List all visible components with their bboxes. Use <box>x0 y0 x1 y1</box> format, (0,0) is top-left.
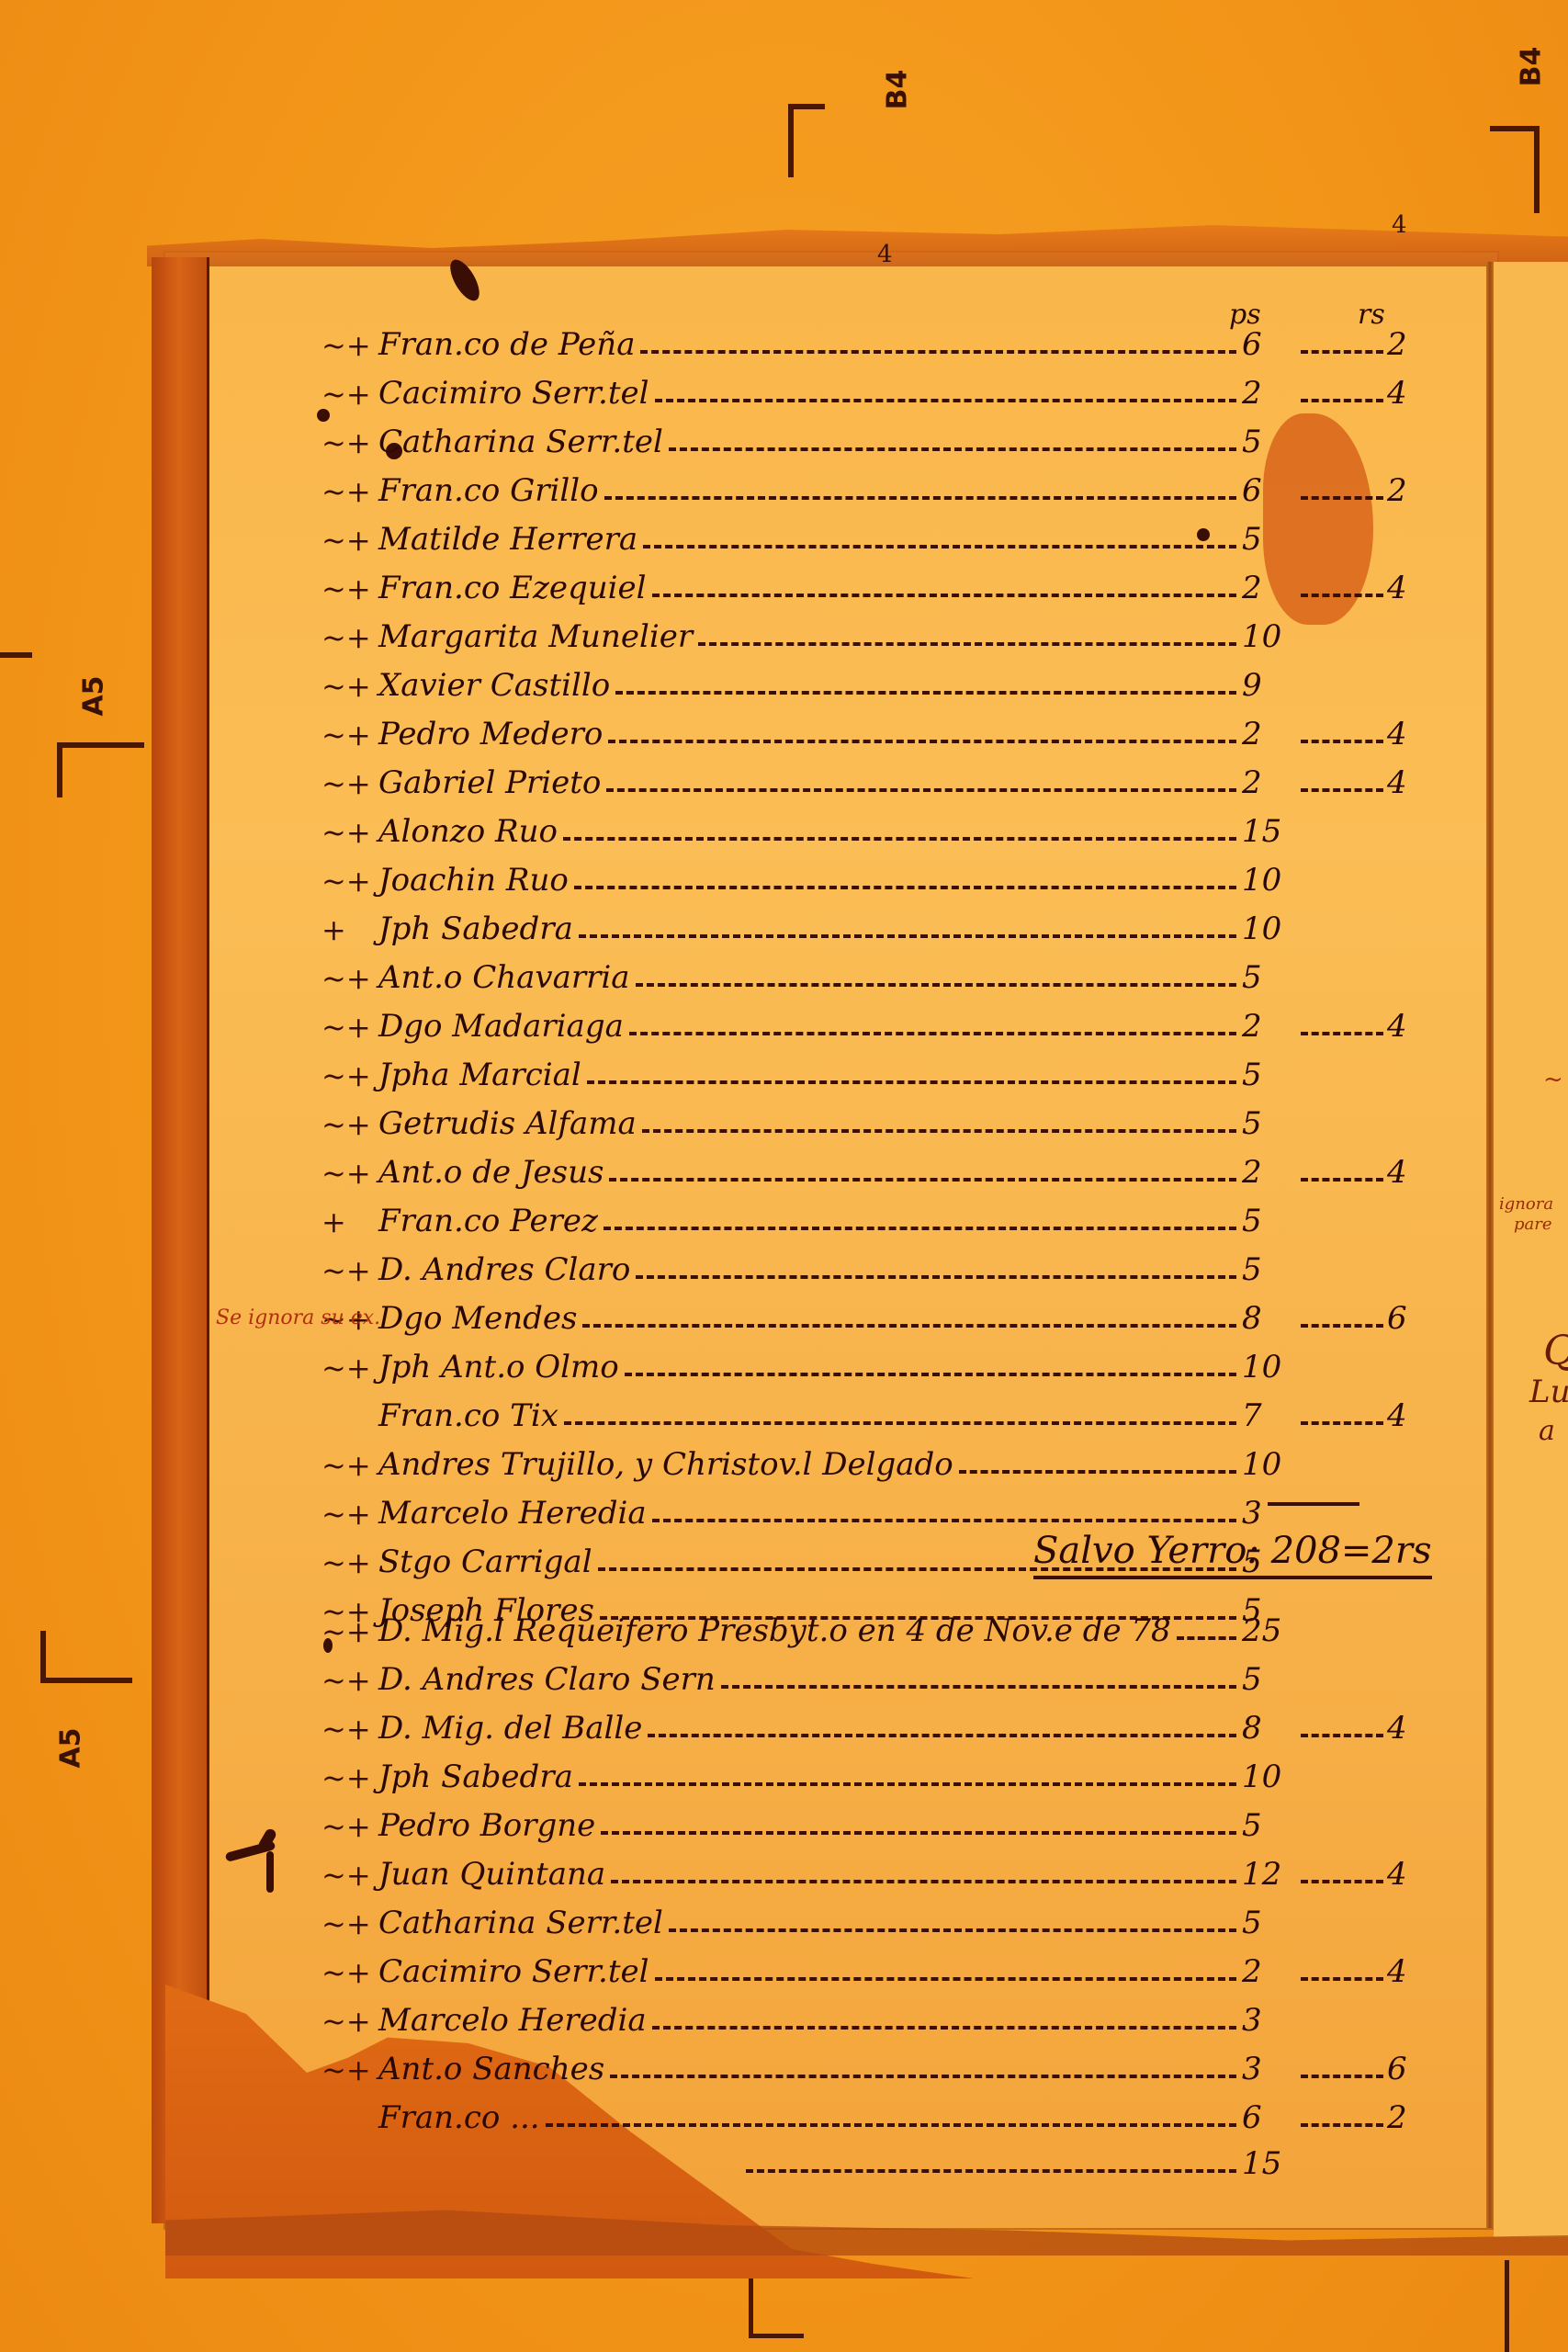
total-value: 208=2rs <box>1271 1530 1432 1572</box>
ledger-row: ~+Matilde Herrera5 <box>321 512 1424 558</box>
binding-edge <box>152 257 209 2223</box>
facing-page <box>1494 262 1568 2237</box>
ledger-row: ~+Margarita Munelier10 <box>321 609 1424 655</box>
ledger-row: Fran.co ...62 <box>321 2090 1424 2136</box>
ledger-row: ~+Fran.co Ezequiel24 <box>321 560 1424 606</box>
ledger-row: ~+Xavier Castillo9 <box>321 658 1424 704</box>
ledger-row: ~+Dgo Madariaga24 <box>321 999 1424 1045</box>
ledger-row: ~+Joachin Ruo10 <box>321 853 1424 899</box>
ledger-row: ~+Dgo Mendes86 <box>321 1291 1424 1337</box>
total-label: Salvo Yerro: <box>1033 1530 1259 1572</box>
facing-page-fragment: Q <box>1543 1328 1568 1374</box>
ledger-row: ~+Fran.co de Peña62 <box>321 317 1424 363</box>
ledger-row: ~+D. Andres Claro5 <box>321 1242 1424 1288</box>
ledger-row: ~+Fran.co Grillo62 <box>321 463 1424 509</box>
ledger-row: Fran.co Tix74 <box>321 1388 1424 1434</box>
page-number-left: 4 <box>877 241 893 268</box>
section-1-total: Salvo Yerro: 208=2rs <box>1033 1530 1432 1579</box>
ledger-row: ~+Jpha Marcial5 <box>321 1047 1424 1093</box>
facing-page-fragment: Lu <box>1529 1374 1568 1410</box>
page-number-right: 4 <box>1392 211 1407 239</box>
ledger-row: ~+Pedro Medero24 <box>321 707 1424 752</box>
ledger-row: ~+Ant.o de Jesus24 <box>321 1145 1424 1191</box>
ledger-row: ~+Andres Trujillo, y Christov.l Delgado1… <box>321 1437 1424 1483</box>
ledger-row: ~+D. Mig. del Balle84 <box>321 1701 1424 1747</box>
ledger-row: ~+Ant.o Sanches36 <box>321 2041 1424 2087</box>
ledger-row: ~+Ant.o Chavarria5 <box>321 950 1424 996</box>
ledger-row: ~+Cacimiro Serr.tel24 <box>321 366 1424 412</box>
scribble-mark <box>225 1828 299 1902</box>
ledger-row: ~+Gabriel Prieto24 <box>321 755 1424 801</box>
ledger-row: +Jph Sabedra10 <box>321 901 1424 947</box>
ledger-row: ~+Marcelo Heredia3 <box>321 1486 1424 1532</box>
ledger-row: ~+Alonzo Ruo15 <box>321 804 1424 850</box>
ledger-row: ~+Cacimiro Serr.tel24 <box>321 1944 1424 1990</box>
ledger-row: ~+Catharina Serr.tel5 <box>321 414 1424 460</box>
facing-page-fragment: ~ <box>1543 1066 1563 1093</box>
ledger-row: ~+Jph Ant.o Olmo10 <box>321 1340 1424 1385</box>
ledger-row: ~+D. Mig.l Requeifero Presbyt.o en 4 de … <box>321 1603 1424 1649</box>
ledger-row: +Fran.co Perez5 <box>321 1193 1424 1239</box>
ledger-row: ~+D. Andres Claro Sern5 <box>321 1652 1424 1698</box>
sum-rule <box>1268 1502 1359 1506</box>
ledger-row: ~+Pedro Borgne5 <box>321 1798 1424 1844</box>
ledger-row: ~+Getrudis Alfama5 <box>321 1096 1424 1142</box>
ledger-row: ~+Catharina Serr.tel5 <box>321 1895 1424 1941</box>
ledger-row: ~+Juan Quintana124 <box>321 1847 1424 1893</box>
ledger-row: ~+Jph Sabedra10 <box>321 1749 1424 1795</box>
facing-page-fragment: ignora <box>1499 1194 1553 1214</box>
ledger-row: ~+Marcelo Heredia3 <box>321 1993 1424 2039</box>
margin-note: Se ignora su ex. <box>216 1306 380 1329</box>
facing-page-fragment: a <box>1539 1415 1555 1447</box>
facing-page-fragment: pare <box>1514 1215 1552 1234</box>
ledger-row: 15 <box>321 2136 1424 2182</box>
book-spine <box>1486 262 1494 2228</box>
